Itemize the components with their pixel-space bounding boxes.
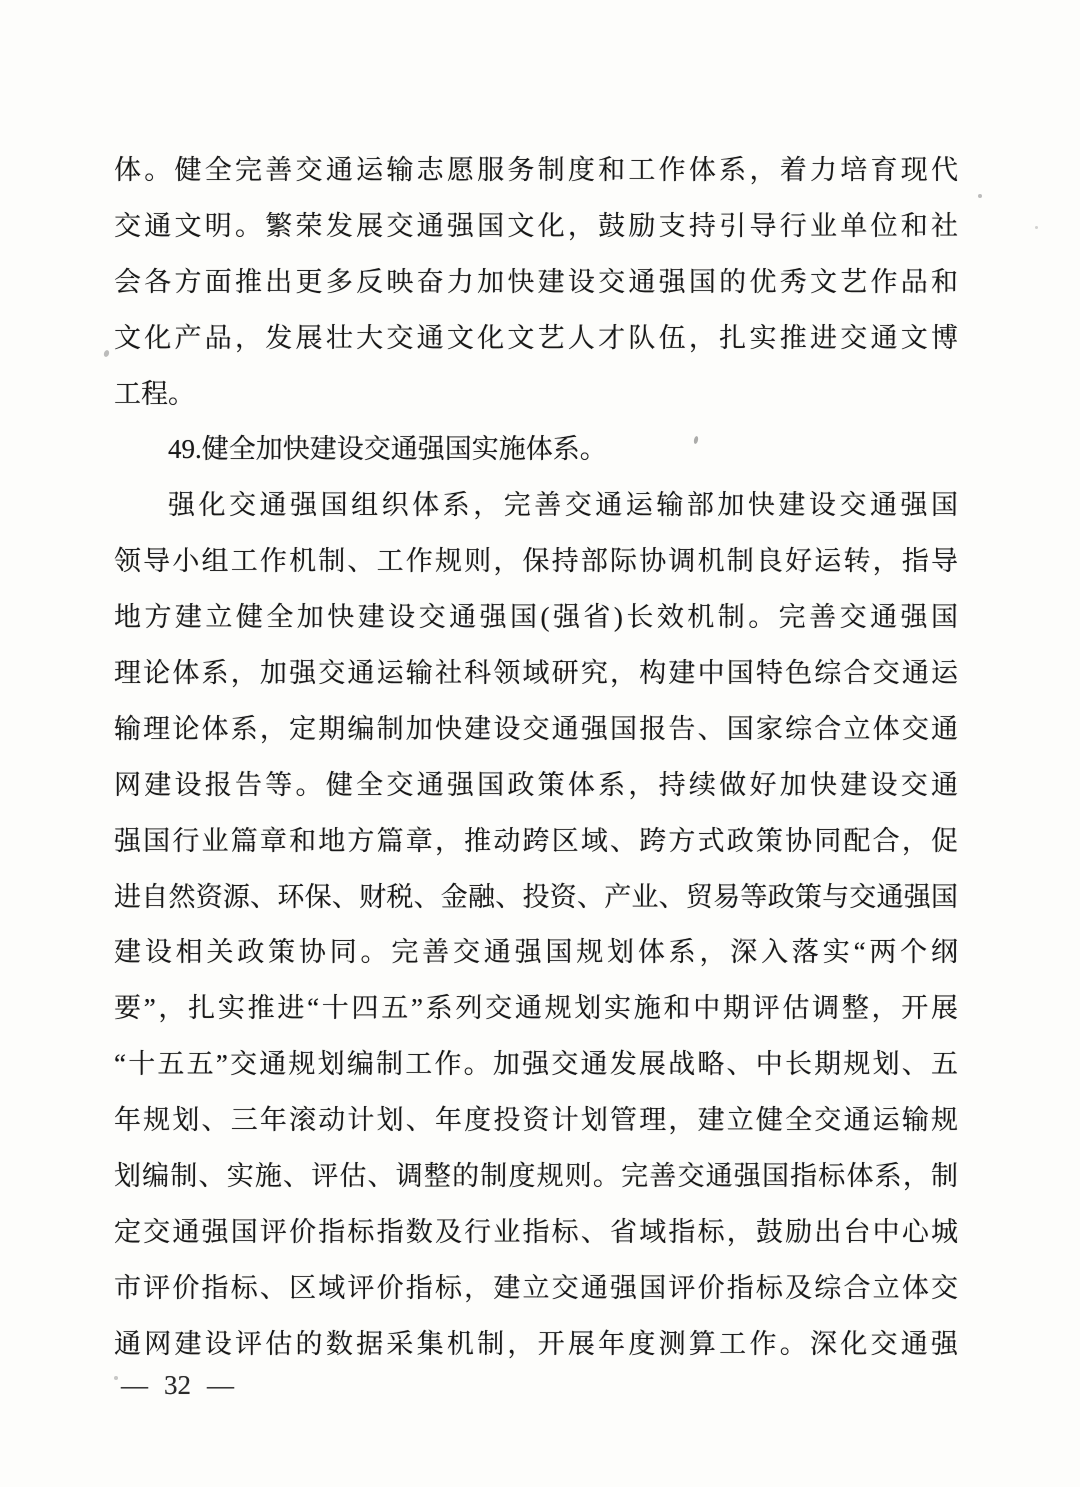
text-line: 定交通强国评价指标指数及行业指标、省域指标，鼓励出台中心城 [114,1205,958,1261]
text-line: 要”，扎实推进“十四五”系列交通规划实施和中期评估调整，开展 [114,981,958,1037]
text-line: 通网建设评估的数据采集机制，开展年度测算工作。深化交通强 [114,1317,958,1373]
document-body: 体。健全完善交通运输志愿服务制度和工作体系，着力培育现代 交通文明。繁荣发展交通… [114,143,958,1373]
text-line: 强国行业篇章和地方篇章，推动跨区域、跨方式政策协同配合，促 [114,814,958,870]
scan-artifact-dot [978,194,982,198]
text-line: 体。健全完善交通运输志愿服务制度和工作体系，着力培育现代 [114,143,958,199]
text-line: 建设相关政策协同。完善交通强国规划体系，深入落实“两个纲 [114,925,958,981]
text-line: 划编制、实施、评估、调整的制度规则。完善交通强国指标体系，制 [114,1149,958,1205]
text-line: 市评价指标、区域评价指标，建立交通强国评价指标及综合立体交 [114,1261,958,1317]
scan-artifact-dot [103,349,110,357]
scan-artifact-dot [1035,226,1038,229]
text-line: 交通文明。繁荣发展交通强国文化，鼓励支持引导行业单位和社 [114,199,958,255]
paragraph-end-line: 工程。 [114,367,958,423]
page-number-left-dash: — [121,1370,148,1401]
page-number: — 32 — [121,1366,234,1404]
text-line: “十五五”交通规划编制工作。加强交通发展战略、中长期规划、五 [114,1037,958,1093]
text-line: 理论体系，加强交通运输社科领域研究，构建中国特色综合交通运 [114,646,958,702]
page-number-right-dash: — [207,1370,234,1401]
text-line: 进自然资源、环保、财税、金融、投资、产业、贸易等政策与交通强国 [114,870,958,926]
text-line: 输理论体系，定期编制加快建设交通强国报告、国家综合立体交通 [114,702,958,758]
paragraph-start-line: 强化交通强国组织体系，完善交通运输部加快建设交通强国 [114,478,958,534]
text-line: 地方建立健全加快建设交通强国(强省)长效机制。完善交通强国 [114,590,958,646]
text-line: 会各方面推出更多反映奋力加快建设交通强国的优秀文艺作品和 [114,255,958,311]
heading-line-item-49: 49.健全加快建设交通强国实施体系。 [114,422,958,478]
scan-artifact-dot [114,1376,118,1380]
text-line: 年规划、三年滚动计划、年度投资计划管理，建立健全交通运输规 [114,1093,958,1149]
page-number-value: 32 [164,1370,191,1401]
text-line: 文化产品，发展壮大交通文化文艺人才队伍，扎实推进交通文博 [114,311,958,367]
text-line: 网建设报告等。健全交通强国政策体系，持续做好加快建设交通 [114,758,958,814]
document-page: 体。健全完善交通运输志愿服务制度和工作体系，着力培育现代 交通文明。繁荣发展交通… [0,0,1080,1487]
text-line: 领导小组工作机制、工作规则，保持部际协调机制良好运转，指导 [114,534,958,590]
